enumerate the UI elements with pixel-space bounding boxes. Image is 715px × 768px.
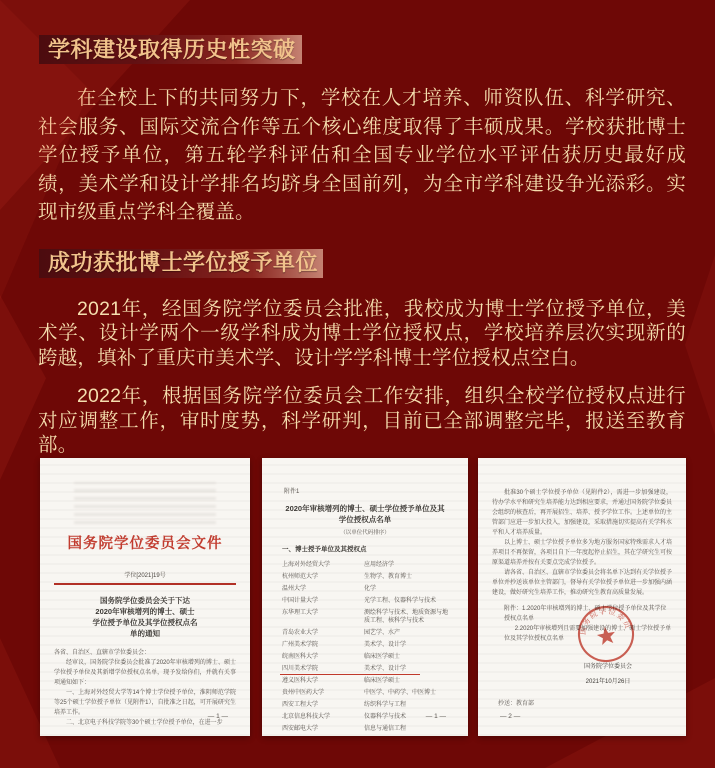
unit-name: 北京信息科技大学 (282, 713, 364, 721)
table-row: 青岛农业大学 园艺学、水产 (282, 627, 448, 639)
unit-name: 西安邮电大学 (282, 725, 364, 733)
section-doctoral-copy: 2021年，经国务院学位委员会批准，我校成为博士学位授予单位，美术学、设计学两个… (0, 297, 715, 458)
table-row: 皖南医科大学 临床医学硕士 (282, 651, 448, 663)
table-row: 杭州师范大学 生物学、教育博士 (282, 571, 448, 583)
paragraph: 2022年，根据国务院学位委员会工作安排，组织全校学位授权点进行对应调整工作，审… (38, 384, 686, 458)
authorized-points: 化学 (364, 585, 448, 593)
unit-name: 青岛农业大学 (282, 629, 364, 637)
document-body-line: 以上博士、硕士学位授予单位多为地方服务国家特殊需求人才培养项目不再保留，各项目自… (492, 538, 672, 568)
paragraph: 2021年，经国务院学位委员会批准，我校成为博士学位授予单位，美术学、设计学两个… (38, 297, 686, 371)
authorized-points: 园艺学、水产 (364, 629, 448, 637)
page-number: — 2 — (500, 713, 520, 720)
section-banner-doctoral: 成功获批博士学位授予单位 (39, 249, 323, 278)
authorized-points: 生物学、教育博士 (364, 573, 448, 581)
page-number: — 1 — (426, 713, 446, 720)
authorized-points: 测绘科学与技术、地质资源与地质工程、核科学与技术 (364, 609, 448, 625)
document-body-line: 请各省、自治区、直辖市学位委员会将名单下达到有关学位授予单位并抄送该单位主管部门… (492, 568, 672, 598)
attachment-label: 附件1 (284, 486, 468, 495)
table-row: 中国计量大学 光学工程、仪器科学与技术 (282, 595, 448, 607)
document-org-title: 国务院学位委员会文件 (40, 532, 250, 553)
document-title: 国务院学位委员会关于下达2020年审核增列的博士、硕士学位授予单位及其学位授权点… (92, 595, 198, 639)
unit-name: 温州大学 (282, 585, 364, 593)
authorized-points: 中医学、中药学、中医博士 (364, 689, 448, 697)
document-title: 2020年审核增列的博士、硕士学位授予单位及其学位授权点名单 (285, 503, 445, 525)
document-body-line: 批准30个硕士学位授予单位（见附件2），需进一步加强建设，待办学水平和研究生培养… (492, 488, 672, 538)
authorized-points: 临床医学硕士 (364, 653, 448, 661)
authorized-points: 信息与通信工程 (364, 725, 448, 733)
table-row: 贵州中医药大学 中医学、中药学、中医博士 (282, 687, 448, 699)
table-row: 西安邮电大学 信息与通信工程 (282, 723, 448, 735)
authorized-points: 应用经济学 (364, 561, 448, 569)
authorized-points: 临床医学硕士 (364, 677, 448, 685)
authorized-points: 美术学、设计学 (364, 641, 448, 649)
table-row: 东华理工大学 测绘科学与技术、地质资源与地质工程、核科学与技术 (282, 607, 448, 627)
document-subtitle: （以单位代码排序） (262, 528, 468, 536)
table-row: 四川美术学院 美术学、设计学 (282, 663, 448, 675)
page-number: — 1 — (208, 713, 228, 720)
unit-name: 上海对外经贸大学 (282, 561, 364, 569)
document-body: 批准30个硕士学位授予单位（见附件2），需进一步加强建设，待办学水平和研究生培养… (492, 488, 672, 598)
authorized-points: 光学工程、仪器科学与技术 (364, 597, 448, 605)
document-scan-closing: 批准30个硕士学位授予单位（见附件2），需进一步加强建设，待办学水平和研究生培养… (478, 458, 686, 736)
document-salutation: 各省、自治区、直辖市学位委员会： (54, 648, 236, 658)
unit-name: 西安工程大学 (282, 701, 364, 709)
paragraph: 在全校上下的共同努力下，学校在人才培养、师资队伍、科学研究、社会服务、国际交流合… (38, 84, 686, 227)
authorized-points: 美术学、设计学 (364, 665, 448, 673)
list-section-heading: 一、博士授予单位及其授权点 (282, 544, 468, 553)
table-row: 温州大学 化学 (282, 583, 448, 595)
unit-name: 广州美术学院 (282, 641, 364, 649)
document-scans-row: 国务院学位委员会文件 学位[2021]19号 国务院学位委员会关于下达2020年… (40, 458, 686, 736)
unit-name: 四川美术学院 (282, 665, 364, 673)
poster-page: 学科建设取得历史性突破 在全校上下的共同努力下，学校在人才培养、师资队伍、科学研… (0, 0, 715, 768)
seal-star-icon (596, 625, 617, 645)
issue-date: 2021年10月26日 (548, 676, 668, 685)
section-heading: 成功获批博士学位授予单位 (48, 252, 318, 274)
document-scan-list: 附件1 2020年审核增列的博士、硕士学位授予单位及其学位授权点名单 （以单位代… (262, 458, 468, 736)
table-row: 广州美术学院 美术学、设计学 (282, 639, 448, 651)
unit-name: 贵州中医药大学 (282, 689, 364, 697)
degree-unit-table: 上海对外经贸大学 应用经济学 杭州师范大学 生物学、教育博士 温州大学 化学 (282, 559, 448, 735)
unit-name: 东华理工大学 (282, 609, 364, 617)
official-seal-icon: 国务院学位委员会 (571, 599, 641, 669)
unit-name: 皖南医科大学 (282, 653, 364, 661)
red-rule (54, 583, 236, 585)
document-body-line: 经审议，国务院学位委员会批准了2020年审核增列的博士、硕士学位授予单位及其新增… (54, 658, 236, 688)
table-row: 遵义医科大学 临床医学硕士 (282, 675, 448, 687)
document-number: 学位[2021]19号 (40, 570, 250, 579)
table-row: 上海对外经贸大学 应用经济学 (282, 559, 448, 571)
cc-line: 抄送：教育部 (498, 698, 534, 707)
unit-name: 中国计量大学 (282, 597, 364, 605)
table-row: 北京信息科技大学 仪器科学与技术 (282, 711, 448, 723)
document-scan-notice: 国务院学位委员会文件 学位[2021]19号 国务院学位委员会关于下达2020年… (40, 458, 250, 736)
unit-name: 遵义医科大学 (282, 677, 364, 685)
section-banner-discipline: 学科建设取得历史性突破 (39, 35, 302, 64)
authorized-points: 纺织科学与工程 (364, 701, 448, 709)
section-heading: 学科建设取得历史性突破 (48, 39, 296, 61)
unit-name: 杭州师范大学 (282, 573, 364, 581)
section-discipline-copy: 在全校上下的共同努力下，学校在人才培养、师资队伍、科学研究、社会服务、国际交流合… (0, 84, 715, 227)
table-row: 西安工程大学 纺织科学与工程 (282, 699, 448, 711)
